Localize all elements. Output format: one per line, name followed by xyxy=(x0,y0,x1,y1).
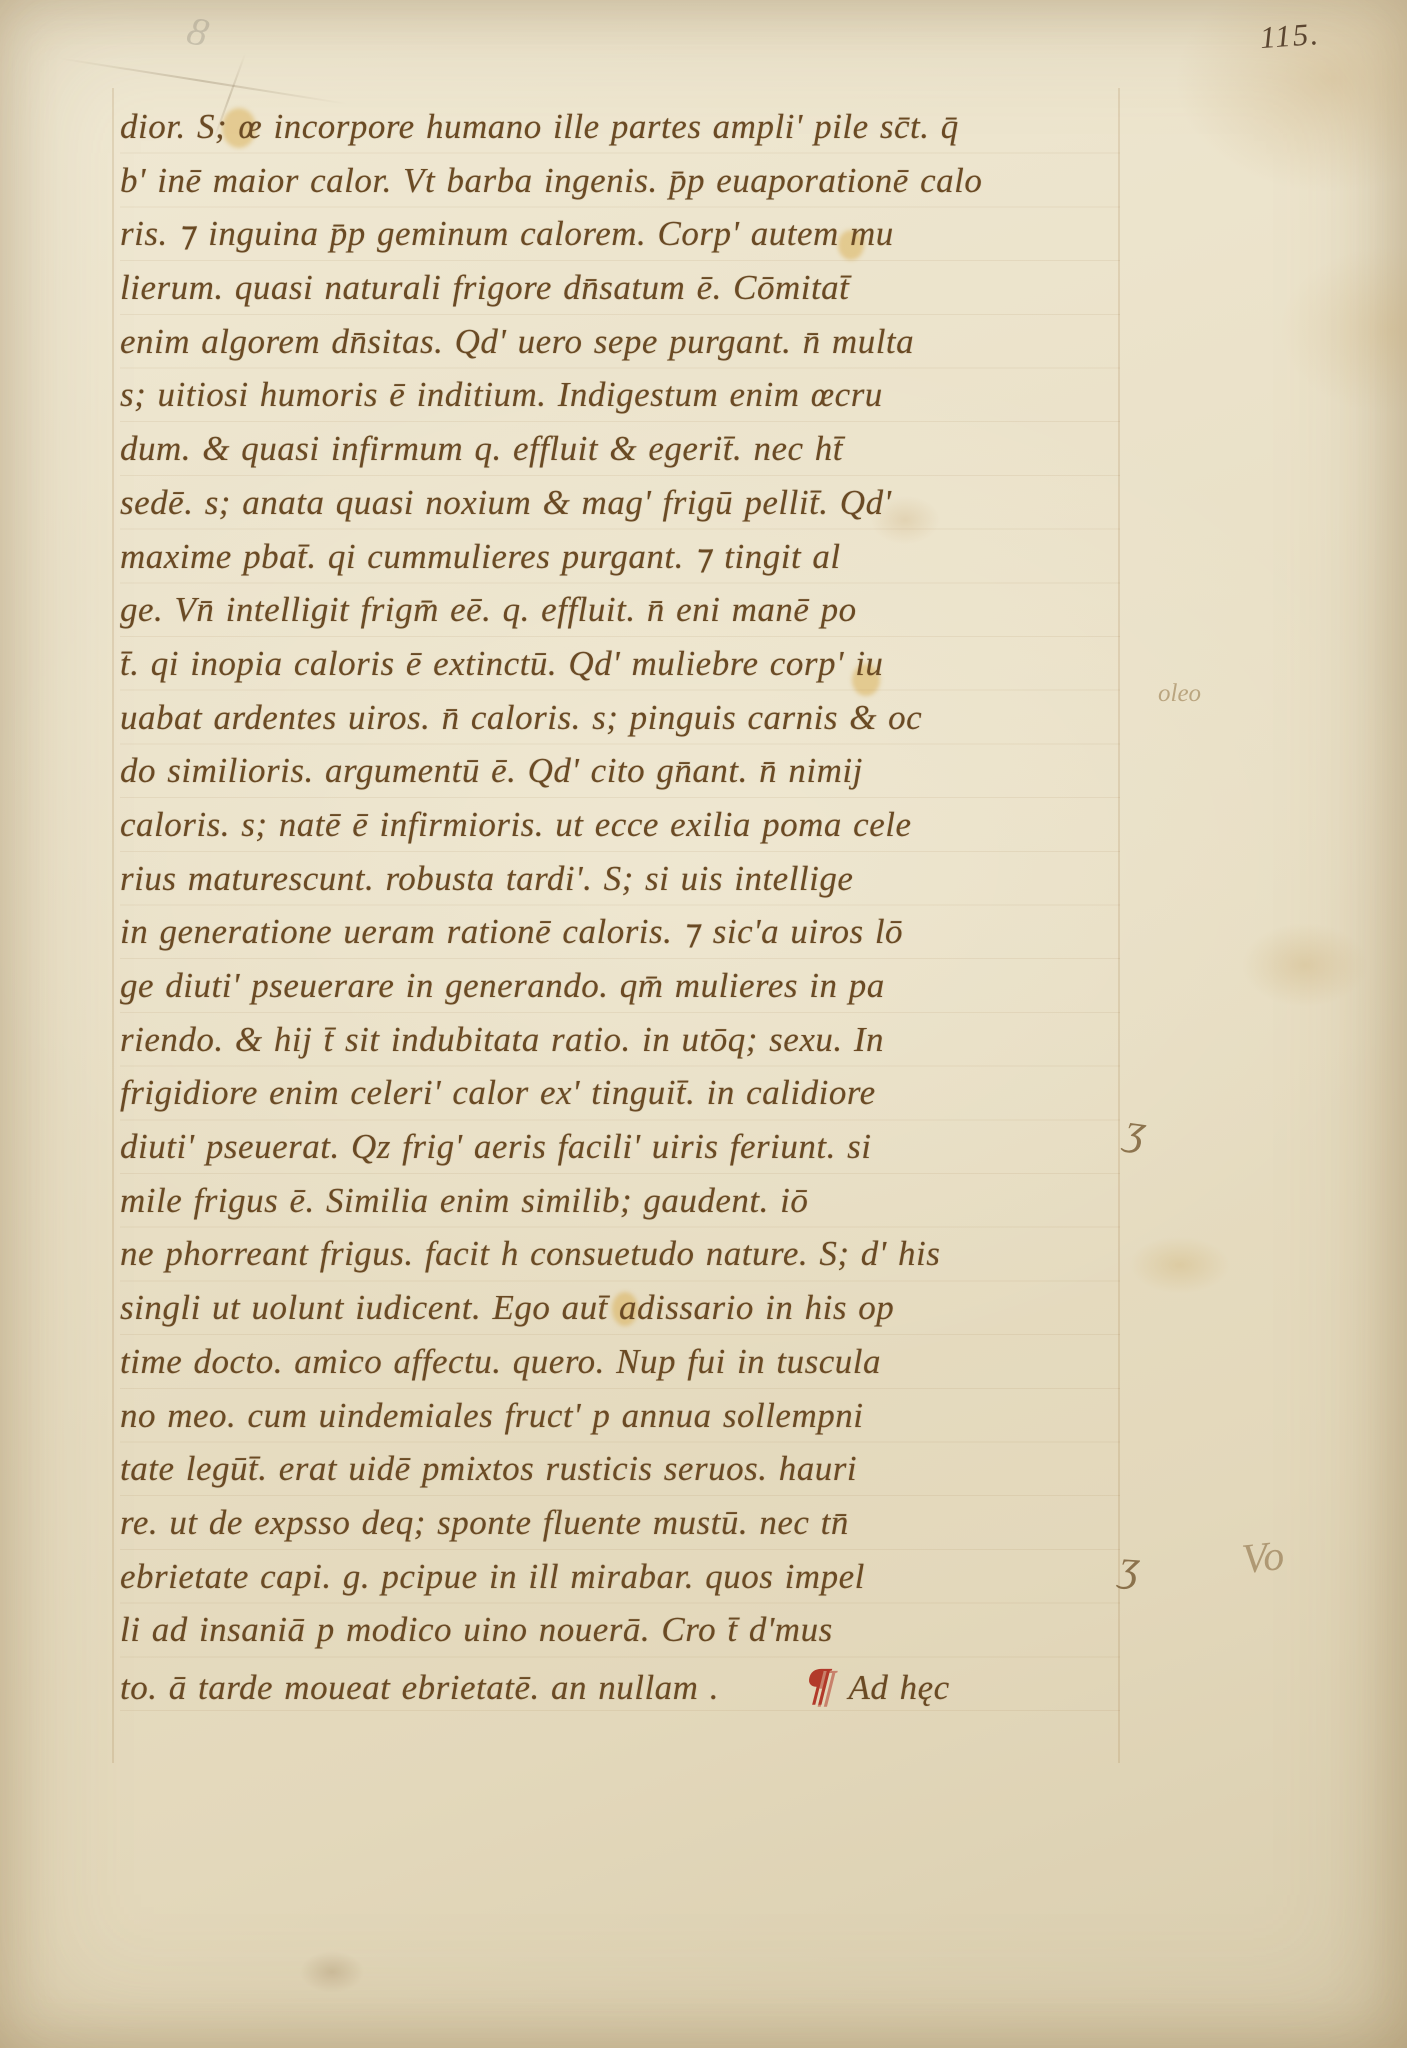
manuscript-line: ne phorreant frigus. facit h consuetudo … xyxy=(120,1227,1120,1281)
manuscript-line: enim algorem dn̄sitas. Qd' uero sepe pur… xyxy=(120,315,1120,369)
manuscript-line: frigidiore enim celeri' calor ex' tingui… xyxy=(120,1066,1120,1120)
manuscript-line: re. ut de expsso deq; sponte fluente mus… xyxy=(120,1496,1120,1550)
corner-doodle: Vo xyxy=(1240,1532,1287,1584)
ruling-line-left xyxy=(112,88,114,1763)
manuscript-line: riendo. & hij t̄ sit indubitata ratio. i… xyxy=(120,1013,1120,1067)
manuscript-final-line: to. ā tarde moueat ebrietatē. an nullam … xyxy=(120,1657,1120,1711)
manuscript-line: singli ut uolunt iudicent. Ego aut̄ adis… xyxy=(120,1281,1120,1335)
manuscript-line: ebrietate capi. g. pcipue in ill mirabar… xyxy=(120,1550,1120,1604)
manuscript-line: b' inē maior calor. Vt barba ingenis. p̄… xyxy=(120,154,1120,208)
manuscript-line: ge. Vn̄ intelligit frigm̄ eē. q. effluit… xyxy=(120,583,1120,637)
manuscript-line: sedē. s; anata quasi noxium & mag' frigū… xyxy=(120,476,1120,530)
manuscript-line: s; uitiosi humoris ē inditium. Indigestu… xyxy=(120,368,1120,422)
manuscript-line: mile frigus ē. Similia enim similib; gau… xyxy=(120,1174,1120,1228)
manuscript-line: dum. & quasi infirmum q. effluit & egeri… xyxy=(120,422,1120,476)
top-left-smudge: 8 xyxy=(183,6,214,56)
manuscript-line: diuti' pseuerat. Qz frig' aeris facili' … xyxy=(120,1120,1120,1174)
text-block: dior. S; œ incorpore humano ille partes … xyxy=(120,100,1120,1715)
marginal-note-oleo: oleo xyxy=(1158,680,1201,708)
manuscript-line: dior. S; œ incorpore humano ille partes … xyxy=(120,100,1120,154)
manuscript-line: caloris. s; natē ē infirmioris. ut ecce … xyxy=(120,798,1120,852)
marginal-squiggle: ʒ xyxy=(1123,1103,1149,1156)
manuscript-line: ris. ⁊ inguina p̄p geminum calorem. Corp… xyxy=(120,207,1120,261)
red-paragraph-mark: ¶ xyxy=(800,1657,837,1711)
manuscript-line: t̄. qi inopia caloris ē extinctū. Qd' mu… xyxy=(120,637,1120,691)
manuscript-line: tate legūt̄. erat uidē pmixtos rusticis … xyxy=(120,1442,1120,1496)
manuscript-line: do similioris. argumentū ē. Qd' cito gn̄… xyxy=(120,744,1120,798)
page-number: 115. xyxy=(1259,16,1321,56)
manuscript-page: 115. dior. S; œ incorpore humano ille pa… xyxy=(0,0,1407,2048)
manuscript-line: rius maturescunt. robusta tardi'. S; si … xyxy=(120,852,1120,906)
manuscript-line: time docto. amico affectu. quero. Nup fu… xyxy=(120,1335,1120,1389)
manuscript-line: maxime pbat̄. qi cummulieres purgant. ⁊ … xyxy=(120,530,1120,584)
manuscript-line: li ad insaniā p modico uino nouerā. Cro … xyxy=(120,1603,1120,1657)
final-line-text: to. ā tarde moueat ebrietatē. an nullam … xyxy=(120,1668,719,1707)
manuscript-line: lierum. quasi naturali frigore dn̄satum … xyxy=(120,261,1120,315)
manuscript-line: in generatione ueram rationē caloris. ⁊ … xyxy=(120,905,1120,959)
manuscript-line: ge diuti' pseuerare in generando. qm̄ mu… xyxy=(120,959,1120,1013)
manuscript-line: no meo. cum uindemiales fruct' p annua s… xyxy=(120,1389,1120,1443)
marginal-squiggle: ʒ xyxy=(1118,1539,1141,1591)
fold-crease xyxy=(57,57,349,105)
manuscript-line: uabat ardentes uiros. n̄ caloris. s; pin… xyxy=(120,691,1120,745)
final-line-incipit: Ad hęc xyxy=(848,1668,949,1707)
